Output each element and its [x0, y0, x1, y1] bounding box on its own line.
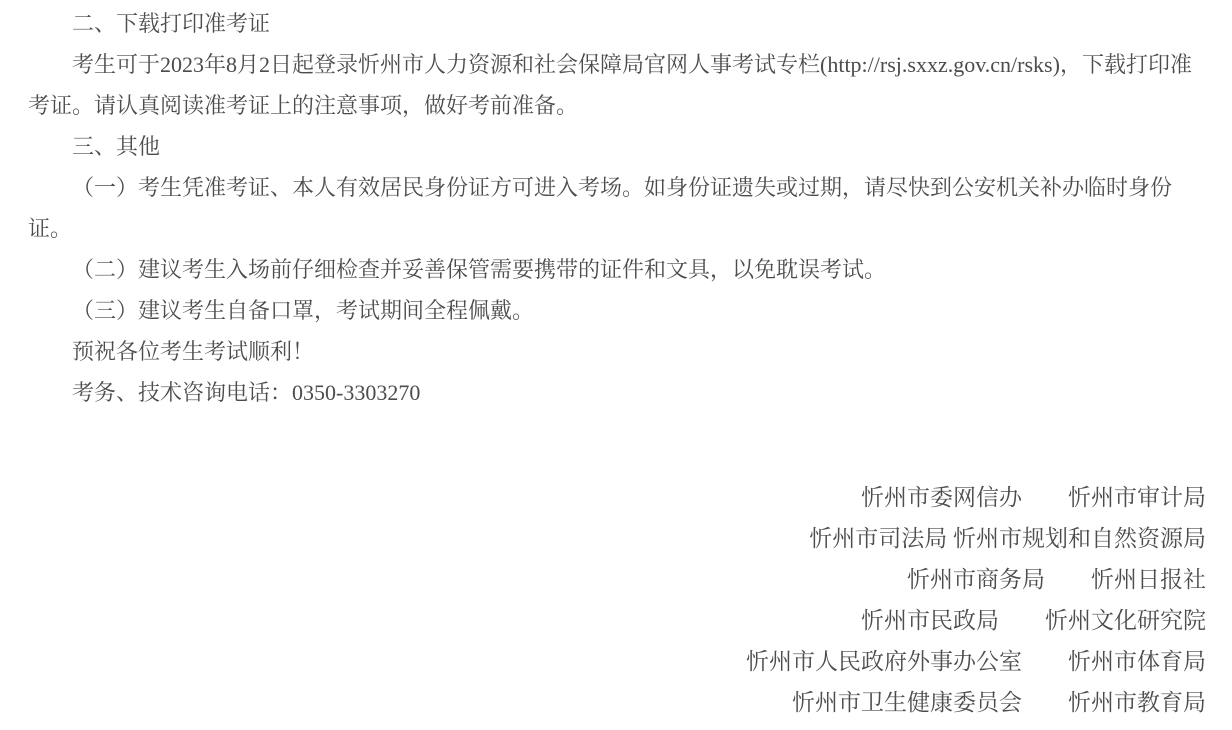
signatory-org-left: 忻州市商务局 [907, 567, 1045, 592]
paragraph-item-check-documents: （二）建议考生入场前仔细检查并妥善保管需要携带的证件和文具，以免耽误考试。 [28, 249, 1206, 290]
signatory-org-right: 忻州文化研究院 [1045, 608, 1206, 633]
signatory-org-left: 忻州市卫生健康委员会 [792, 690, 1022, 715]
signatory-separator [1022, 649, 1068, 674]
signatory-org-left: 忻州市司法局 [809, 526, 947, 551]
signatory-org-right: 忻州日报社 [1091, 567, 1206, 592]
paragraph-download-instructions: 考生可于2023年8月2日起登录忻州市人力资源和社会保障局官网人事考试专栏(ht… [28, 44, 1206, 126]
signatory-org-right: 忻州市规划和自然资源局 [953, 526, 1206, 551]
section-heading-other: 三、其他 [28, 126, 1206, 167]
signatory-org-left: 忻州市人民政府外事办公室 [746, 649, 1022, 674]
notice-document: 二、下载打印准考证 考生可于2023年8月2日起登录忻州市人力资源和社会保障局官… [0, 0, 1232, 730]
signatory-separator [1045, 567, 1091, 592]
signatory-row: 忻州市委网信办 忻州市审计局 [28, 477, 1206, 518]
signatory-row: 忻州市卫生健康委员会 忻州市教育局 [28, 682, 1206, 723]
signatory-row: 忻州市人民政府外事办公室 忻州市体育局 [28, 641, 1206, 682]
signatory-row: 忻州市民政局 忻州文化研究院 [28, 600, 1206, 641]
signatory-org-right: 忻州市教育局 [1068, 690, 1206, 715]
paragraph-good-luck: 预祝各位考生考试顺利！ [28, 331, 1206, 372]
signatory-org-left: 忻州市委网信办 [861, 485, 1022, 510]
signatory-org-right: 忻州市体育局 [1068, 649, 1206, 674]
signatory-separator [999, 608, 1045, 633]
signatory-row: 忻州市商务局 忻州日报社 [28, 559, 1206, 600]
signatory-org-left: 忻州市民政局 [861, 608, 999, 633]
paragraph-item-mask: （三）建议考生自备口罩，考试期间全程佩戴。 [28, 290, 1206, 331]
paragraph-contact-phone: 考务、技术咨询电话：0350-3303270 [28, 372, 1206, 413]
notice-body: 二、下载打印准考证 考生可于2023年8月2日起登录忻州市人力资源和社会保障局官… [28, 3, 1206, 413]
signatory-row: 忻州市司法局 忻州市规划和自然资源局 [28, 518, 1206, 559]
section-heading-download-ticket: 二、下载打印准考证 [28, 3, 1206, 44]
paragraph-item-id-requirement: （一）考生凭准考证、本人有效居民身份证方可进入考场。如身份证遗失或过期，请尽快到… [28, 167, 1206, 249]
signatory-org-right: 忻州市审计局 [1068, 485, 1206, 510]
signatory-list: 忻州市委网信办 忻州市审计局 忻州市司法局 忻州市规划和自然资源局 忻州市商务局… [28, 477, 1206, 723]
signatory-separator [1022, 485, 1068, 510]
signatory-separator [1022, 690, 1068, 715]
